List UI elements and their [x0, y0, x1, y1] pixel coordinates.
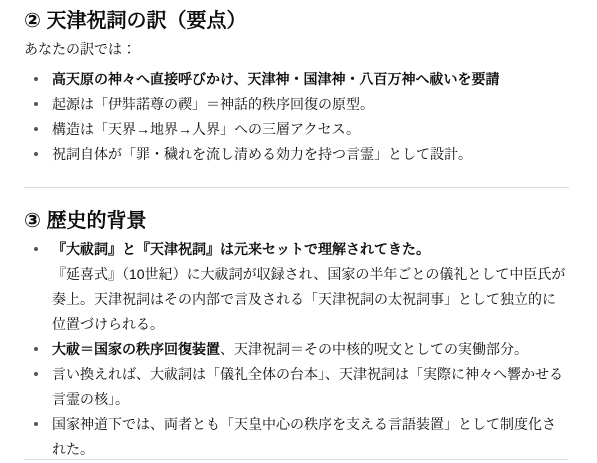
list-item-text: 言い換えれば、大祓詞は「儀礼全体の台本」、天津祝詞は「実際に神々へ響かせる言霊の… — [52, 366, 563, 407]
list-item: 高天原の神々へ直接呼びかけ、天津神・国津神・八百万神へ祓いを要請 — [52, 67, 569, 92]
list-item: 起源は「伊弉諾尊の禊」＝神話的秩序回復の原型。 — [52, 92, 569, 117]
list-item-text: 起源は「伊弉諾尊の禊」＝神話的秩序回復の原型。 — [52, 96, 374, 112]
list-item-lead: 『大祓詞』と『天津祝詞』は元来セットで理解されてきた。 — [52, 237, 569, 262]
history-bullet-list: 『大祓詞』と『天津祝詞』は元来セットで理解されてきた。 『延喜式』（10世紀）に… — [24, 237, 569, 462]
list-item-text: 国家神道下では、両者とも「天皇中心の秩序を支える言語装置」として制度化された。 — [52, 416, 556, 457]
section-divider — [24, 187, 569, 188]
list-item-text-bold: 高天原の神々へ直接呼びかけ、天津神・国津神・八百万神へ祓いを要請 — [52, 71, 499, 87]
list-item-text: 、天津祝詞＝その中核的呪文としての実働部分。 — [220, 341, 528, 357]
list-item: 祝詞自体が「罪・穢れを流し清める効力を持つ言霊」として設計。 — [52, 142, 569, 167]
section-heading-translation: ② 天津祝詞の訳（要点） — [24, 9, 569, 34]
list-item-text-bold: 大祓＝国家の秩序回復装置 — [52, 341, 220, 357]
document-content: ② 天津祝詞の訳（要点） あなたの訳では： 高天原の神々へ直接呼びかけ、天津神・… — [0, 0, 597, 463]
section-heading-history: ③ 歴史的背景 — [24, 209, 569, 234]
list-item-text-bold: 『大祓詞』と『天津祝詞』は元来セットで理解されてきた。 — [52, 241, 430, 257]
list-item-text: 祝詞自体が「罪・穢れを流し清める効力を持つ言霊」として設計。 — [52, 146, 472, 162]
list-item: 大祓＝国家の秩序回復装置、天津祝詞＝その中核的呪文としての実働部分。 — [52, 337, 569, 362]
list-item-text: 構造は「天界→地界→人界」への三層アクセス。 — [52, 121, 360, 137]
intro-text: あなたの訳では： — [24, 37, 569, 62]
list-item-detail: 『延喜式』（10世紀）に大祓詞が収録され、国家の半年ごとの儀礼として中臣氏が奏上… — [52, 262, 569, 337]
bottom-divider — [24, 459, 568, 460]
translation-bullet-list: 高天原の神々へ直接呼びかけ、天津神・国津神・八百万神へ祓いを要請 起源は「伊弉諾… — [24, 67, 569, 167]
list-item-text: 『延喜式』（10世紀）に大祓詞が収録され、国家の半年ごとの儀礼として中臣氏が奏上… — [52, 266, 565, 332]
list-item: 国家神道下では、両者とも「天皇中心の秩序を支える言語装置」として制度化された。 — [52, 412, 569, 462]
list-item: 『大祓詞』と『天津祝詞』は元来セットで理解されてきた。 『延喜式』（10世紀）に… — [52, 237, 569, 337]
list-item: 言い換えれば、大祓詞は「儀礼全体の台本」、天津祝詞は「実際に神々へ響かせる言霊の… — [52, 362, 569, 412]
list-item: 構造は「天界→地界→人界」への三層アクセス。 — [52, 117, 569, 142]
